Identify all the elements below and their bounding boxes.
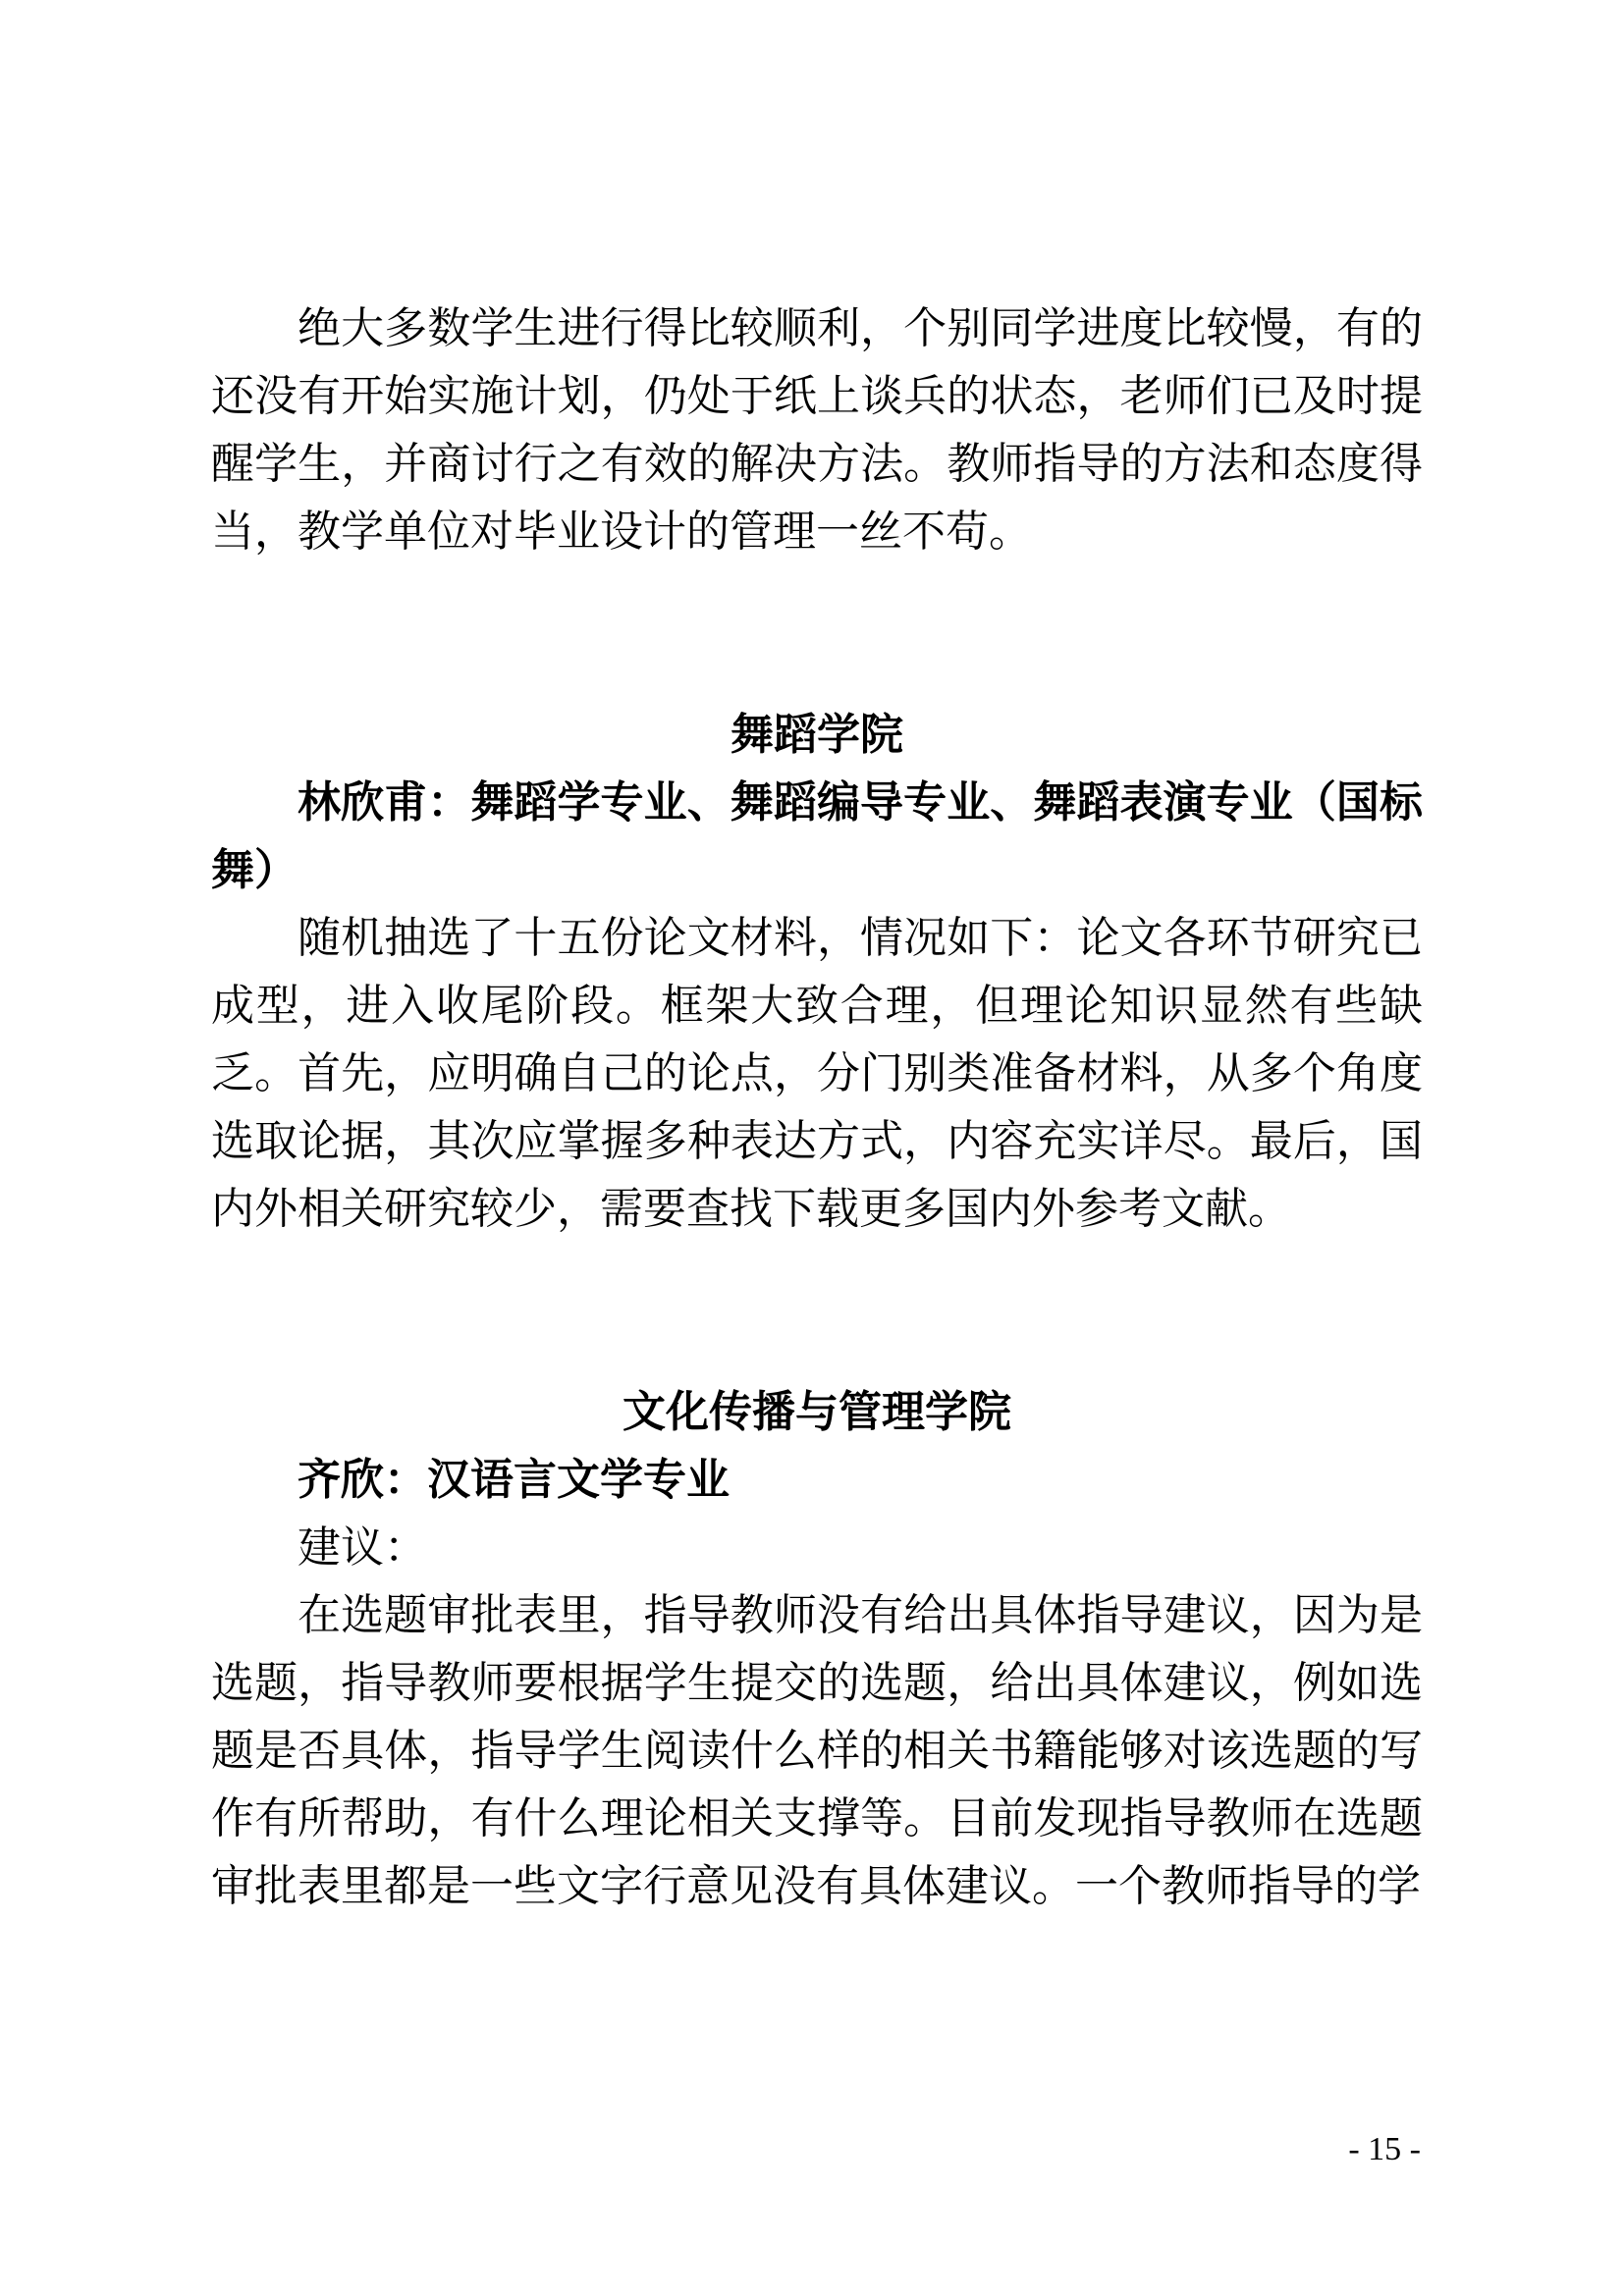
document-page: 绝大多数学生进行得比较顺利，个别同学进度比较慢，有的还没有开始实施计划，仍处于纸… — [0, 0, 1624, 2296]
advisor-line-dance: 林欣甫：舞蹈学专业、舞蹈编导专业、舞蹈表演专业（国标舞） — [211, 769, 1423, 904]
text-column: 绝大多数学生进行得比较顺利，个别同学进度比较慢，有的还没有开始实施计划，仍处于纸… — [211, 294, 1423, 1920]
paragraph-dance-review: 随机抽选了十五份论文材料，情况如下：论文各环节研究已成型，进入收尾阶段。框架大致… — [211, 904, 1423, 1243]
page-number: - 15 - — [1348, 2130, 1421, 2169]
paragraph-culture-review: 在选题审批表里，指导教师没有给出具体指导建议，因为是选题，指导教师要根据学生提交… — [211, 1581, 1423, 1920]
section-heading-dance-academy: 舞蹈学院 — [211, 701, 1423, 769]
advisor-line-culture: 齐欣：汉语言文学专业 — [211, 1446, 1423, 1514]
paragraph-progress-summary: 绝大多数学生进行得比较顺利，个别同学进度比较慢，有的还没有开始实施计划，仍处于纸… — [211, 294, 1423, 565]
advice-label: 建议： — [211, 1514, 1423, 1581]
section-heading-culture-communication: 文化传播与管理学院 — [211, 1378, 1423, 1446]
